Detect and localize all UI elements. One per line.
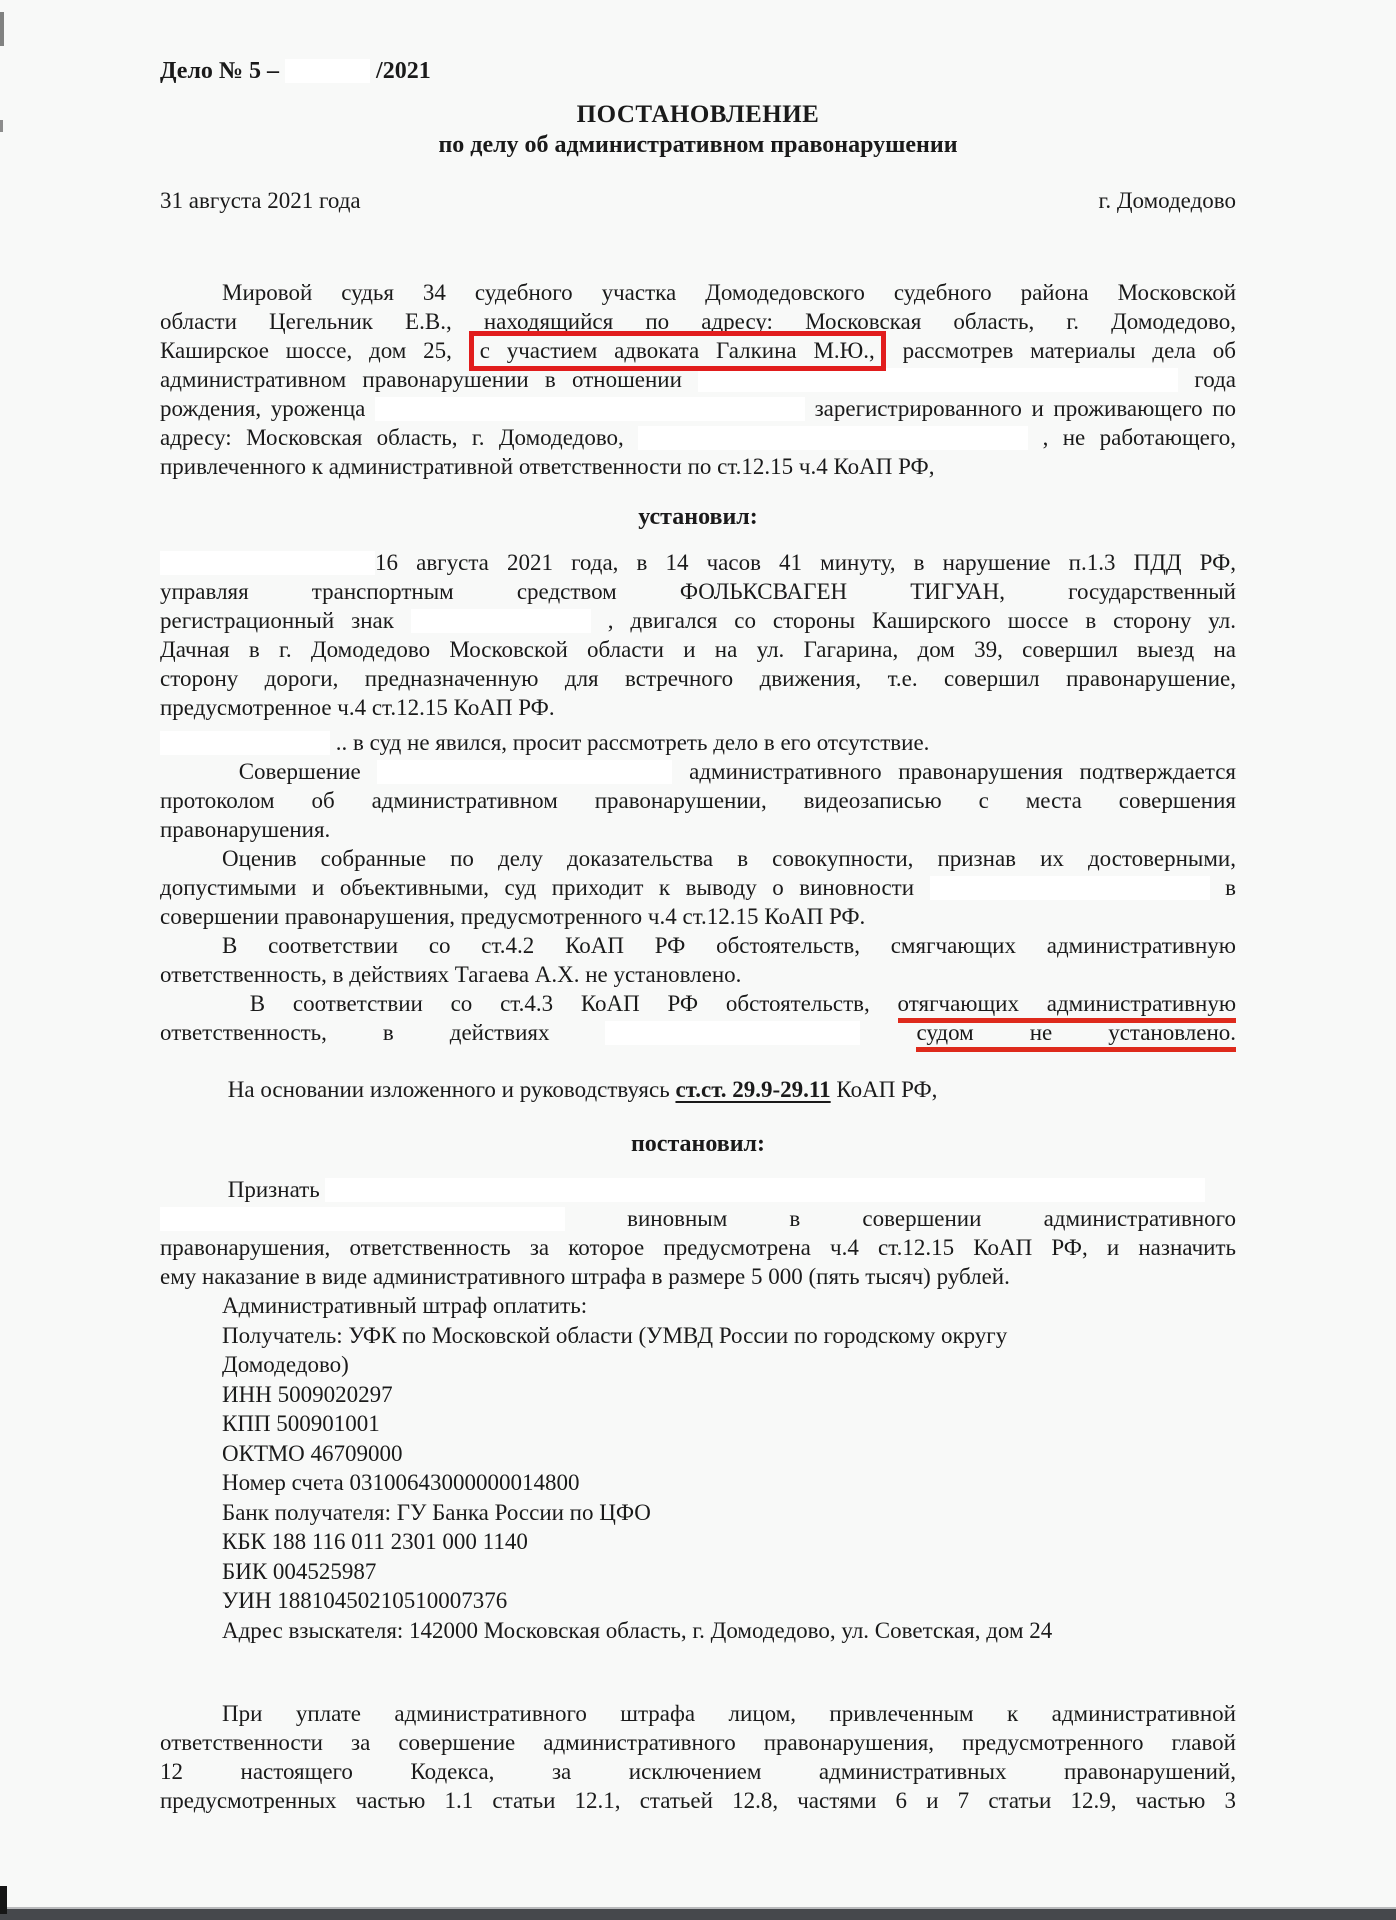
payment-line-inn: ИНН 5009020297 — [222, 1380, 1236, 1410]
document-title: ПОСТАНОВЛЕНИЕ — [160, 100, 1236, 130]
offense-text: 16 августа 2021 года, в 14 часов 41 мину… — [375, 550, 1236, 575]
intro-line-6: адресу: Московская область, г. Домодедов… — [160, 423, 1236, 452]
absence-text: .. в суд не явился, просит рассмотреть д… — [336, 730, 930, 755]
redaction-gap — [411, 609, 591, 633]
scan-artifact-bottom-corner — [0, 1886, 7, 1914]
document-city: г. Домодедово — [1099, 186, 1237, 216]
document-date: 31 августа 2021 года — [160, 186, 361, 216]
offense-line-2: управляя транспортным средством ФОЛЬКСВА… — [160, 577, 1236, 606]
redaction-gap — [930, 876, 1210, 900]
offense-line-6: предусмотренное ч.4 ст.12.15 КоАП РФ. — [160, 693, 1236, 722]
offense-text: Дачная в г. Домодедово Московской област… — [160, 637, 1236, 662]
aggravating-text: действиях — [450, 1020, 550, 1045]
footer-text: При уплате административного штрафа лицо… — [222, 1701, 1236, 1726]
mitigating-paragraph: В соответствии со ст.4.2 КоАП РФ обстоят… — [160, 931, 1236, 989]
intro-text: зарегистрированного и проживающего по — [815, 396, 1236, 421]
scan-artifact-left-edge — [0, 12, 4, 46]
aggravating-text: ответственность, — [160, 1020, 327, 1045]
mitigating-line-2: ответственность, в действиях Тагаева А.Х… — [160, 960, 1236, 989]
resolution-paragraph: Признать виновным в совершении администр… — [160, 1175, 1236, 1291]
intro-line-5: рождения, уроженца зарегистрированного и… — [160, 394, 1236, 423]
footer-paragraph: При уплате административного штрафа лицо… — [160, 1699, 1236, 1815]
aggravating-text: в — [383, 1020, 394, 1045]
title-block: ПОСТАНОВЛЕНИЕ по делу об административно… — [160, 100, 1236, 160]
intro-line-1: Мировой судья 34 судебного участка Домод… — [160, 278, 1236, 307]
offense-line-1: 16 августа 2021 года, в 14 часов 41 мину… — [160, 548, 1236, 577]
evidence-paragraph: Совершение административного правонаруше… — [160, 757, 1236, 844]
intro-text: адресу: Московская область, г. Домодедов… — [160, 425, 624, 450]
redaction-gap — [638, 426, 1028, 450]
resolution-line-1: Признать — [160, 1175, 1236, 1204]
evidence-line-2: протоколом об административном правонару… — [160, 786, 1236, 815]
scan-artifact-left-edge-small — [0, 120, 3, 132]
payment-line-uin: УИН 18810450210510007376 — [222, 1586, 1236, 1616]
footer-text: 12 настоящего Кодекса, за исключением ад… — [160, 1759, 1236, 1784]
redaction-gap — [605, 1021, 860, 1045]
payment-line-bik: БИК 004525987 — [222, 1557, 1236, 1587]
aggravating-line-2: ответственность, в действиях судом не ус… — [160, 1018, 1236, 1047]
section-heading-postanovil: постановил: — [160, 1130, 1236, 1159]
scan-artifact-bottom-band — [0, 1907, 1396, 1920]
footer-line-4: предусмотренных частью 1.1 статьи 12.1, … — [160, 1786, 1236, 1815]
footer-line-2: ответственности за совершение администра… — [160, 1728, 1236, 1757]
aggravating-paragraph: В соответствии со ст.4.3 КоАП РФ обстоят… — [160, 989, 1236, 1047]
redaction-gap — [160, 1207, 565, 1231]
footer-text: ответственности за совершение администра… — [160, 1730, 1236, 1755]
offense-paragraph: 16 августа 2021 года, в 14 часов 41 мину… — [160, 548, 1236, 722]
assessment-paragraph: Оценив собранные по делу доказательства … — [160, 844, 1236, 931]
payment-line-recipient: Получатель: УФК по Московской области (У… — [222, 1321, 1236, 1351]
payment-line-bank: Банк получателя: ГУ Банка России по ЦФО — [222, 1498, 1236, 1528]
payment-line-kbk: КБК 188 116 011 2301 000 1140 — [222, 1527, 1236, 1557]
intro-text: года — [1194, 367, 1236, 392]
redaction-gap — [377, 760, 672, 784]
assessment-text: совершении правонарушения, предусмотренн… — [160, 904, 865, 929]
redaction-gap — [698, 368, 1178, 392]
payment-line-oktmo: ОКТМО 46709000 — [222, 1439, 1236, 1469]
resolution-line-2: виновным в совершении административного — [160, 1204, 1236, 1233]
assessment-line-1: Оценив собранные по делу доказательства … — [160, 844, 1236, 873]
footer-line-1: При уплате административного штрафа лицо… — [160, 1699, 1236, 1728]
offense-line-5: сторону дороги, предназначенную для встр… — [160, 664, 1236, 693]
intro-line-7: привлеченного к административной ответст… — [160, 452, 1236, 481]
payment-header: Административный штраф оплатить: — [222, 1291, 1236, 1321]
redaction-gap — [325, 1178, 1205, 1202]
absence-line: .. в суд не явился, просит рассмотреть д… — [160, 728, 1236, 757]
case-number-label: Дело № 5 – — [160, 58, 279, 84]
evidence-text: Совершение — [239, 759, 361, 784]
footer-line-3: 12 настоящего Кодекса, за исключением ад… — [160, 1757, 1236, 1786]
offense-line-3: регистрационный знак , двигался со сторо… — [160, 606, 1236, 635]
offense-text: регистрационный знак — [160, 608, 394, 633]
evidence-line-3: правонарушения. — [160, 815, 1236, 844]
resolution-text: ему наказание в виде административного ш… — [160, 1264, 1010, 1289]
payment-line-kpp: КПП 500901001 — [222, 1409, 1236, 1439]
offense-text: предусмотренное ч.4 ст.12.15 КоАП РФ. — [160, 695, 555, 720]
case-number-year: /2021 — [376, 58, 431, 84]
mitigating-text: В соответствии со ст.4.2 КоАП РФ обстоят… — [222, 933, 1236, 958]
intro-paragraph: Мировой судья 34 судебного участка Домод… — [160, 278, 1236, 481]
mitigating-line-1: В соответствии со ст.4.2 КоАП РФ обстоят… — [160, 931, 1236, 960]
assessment-line-2: допустимыми и объективными, суд приходит… — [160, 873, 1236, 902]
resolution-line-4: ему наказание в виде административного ш… — [160, 1262, 1236, 1291]
aggravating-text: В соответствии со ст.4.3 КоАП РФ обстоят… — [250, 991, 870, 1016]
statute-reference: ст.ст. 29.9-29.11 — [675, 1077, 830, 1102]
redaction-gap — [160, 551, 375, 575]
intro-text: , не работающего, — [1043, 425, 1236, 450]
assessment-line-3: совершении правонарушения, предусмотренн… — [160, 902, 1236, 931]
payment-line-recipient-2: Домодедово) — [222, 1350, 1236, 1380]
assessment-text: в — [1225, 875, 1236, 900]
intro-text: Каширское шоссе, дом 25, — [160, 338, 452, 363]
redaction-gap — [160, 731, 330, 755]
aggravating-line-1: В соответствии со ст.4.3 КоАП РФ обстоят… — [160, 989, 1236, 1018]
advocate-red-annotation-box: с участием адвоката Галкина М.Ю., — [469, 331, 886, 371]
intro-line-3: Каширское шоссе, дом 25, с участием адво… — [160, 336, 1236, 365]
scanned-court-document: Дело № 5 – /2021 ПОСТАНОВЛЕНИЕ по делу о… — [0, 0, 1396, 1920]
payment-line-address: Адрес взыскателя: 142000 Московская обла… — [222, 1616, 1236, 1646]
legal-basis-line: На основании изложенного и руководствуяс… — [160, 1075, 1236, 1104]
payment-details-block: Административный штраф оплатить: Получат… — [222, 1291, 1236, 1645]
redaction-gap — [375, 397, 805, 421]
evidence-line-1: Совершение административного правонаруше… — [160, 757, 1236, 786]
evidence-text: административного правонарушения подтвер… — [689, 759, 1236, 784]
offense-text: сторону дороги, предназначенную для встр… — [160, 666, 1236, 691]
red-underline-not-established: судом не установлено. — [916, 1020, 1236, 1052]
intro-text: Мировой судья 34 судебного участка Домод… — [222, 280, 1236, 305]
evidence-text: протоколом об административном правонару… — [160, 788, 1236, 813]
offense-text: , двигался со стороны Каширского шоссе в… — [608, 608, 1236, 633]
mitigating-text: ответственность, в действиях Тагаева А.Х… — [160, 962, 741, 987]
document-subtitle: по делу об административном правонарушен… — [160, 130, 1236, 160]
offense-line-4: Дачная в г. Домодедово Московской област… — [160, 635, 1236, 664]
resolution-text: Признать — [228, 1177, 320, 1202]
redaction-gap — [285, 59, 370, 83]
basis-text: На основании изложенного и руководствуяс… — [228, 1077, 670, 1102]
resolution-text: правонарушения, ответственность за котор… — [160, 1235, 1236, 1260]
footer-text: предусмотренных частью 1.1 статьи 12.1, … — [160, 1788, 1236, 1813]
evidence-text: правонарушения. — [160, 817, 330, 842]
assessment-text: допустимыми и объективными, суд приходит… — [160, 875, 914, 900]
resolution-text: виновным в совершении административного — [627, 1206, 1236, 1231]
document-content: Дело № 5 – /2021 ПОСТАНОВЛЕНИЕ по делу о… — [0, 0, 1396, 1815]
payment-line-account: Номер счета 03100643000000014800 — [222, 1468, 1236, 1498]
resolution-line-3: правонарушения, ответственность за котор… — [160, 1233, 1236, 1262]
intro-text: рождения, уроженца — [160, 396, 365, 421]
offense-text: управляя транспортным средством ФОЛЬКСВА… — [160, 579, 1236, 604]
case-number-line: Дело № 5 – /2021 — [160, 56, 1236, 86]
basis-text: КоАП РФ, — [836, 1077, 937, 1102]
intro-text: привлеченного к административной ответст… — [160, 454, 934, 479]
intro-text: рассмотрев материалы дела об — [903, 338, 1236, 363]
section-heading-ustanovil: установил: — [160, 503, 1236, 532]
date-city-line: 31 августа 2021 года г. Домодедово — [160, 186, 1236, 216]
assessment-text: Оценив собранные по делу доказательства … — [222, 846, 1236, 871]
